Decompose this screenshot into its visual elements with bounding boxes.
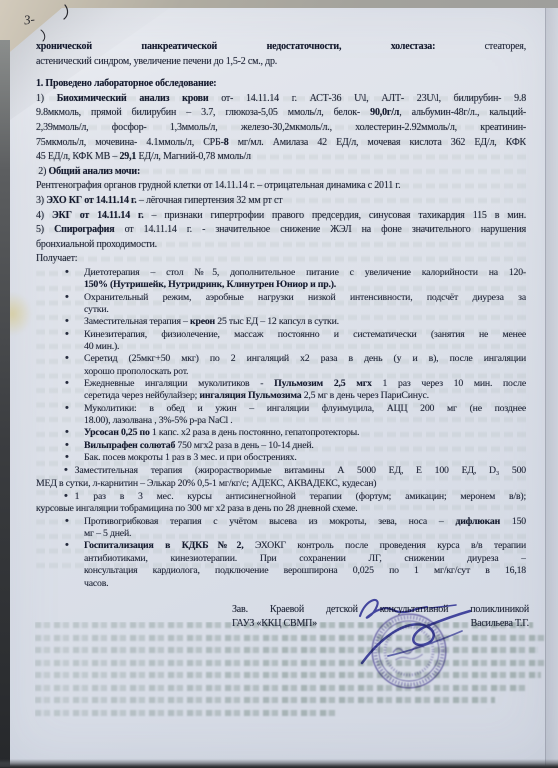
- document-body: хронической панкреатической недостаточно…: [36, 40, 526, 630]
- text-line: консультация кардиолога, подключение вер…: [84, 565, 526, 577]
- scanned-page: хронической панкреатической недостаточно…: [0, 0, 558, 768]
- text-line: Противогрибковая терапия с учётом высева…: [84, 516, 526, 528]
- text-line: антибиотиками, кинезиотерапии. При сохра…: [84, 553, 526, 565]
- text-line: 5) Спирография от 14.11.14 г. - значител…: [36, 223, 526, 238]
- text-line: 150% (Нутришейк, Нутридринк, Клинутрен Ю…: [84, 279, 526, 291]
- list-item: Серетид (25мкг+50 мкг) по 2 ингаляций х2…: [36, 353, 526, 378]
- list-item: Диетотерапия – стол №5, дополнительное п…: [36, 267, 526, 292]
- recommendations-list: Диетотерапия – стол №5, дополнительное п…: [36, 267, 526, 590]
- list-item: Муколитики: в обед и ужин – ингаляции фл…: [36, 403, 526, 428]
- text-line: 4) ЭКГ от 14.11.14 г. – признаки гипертр…: [36, 209, 526, 224]
- text-line: хорошо прополоскать рот.: [84, 366, 526, 378]
- list-item: Заместительная терапия – креон 25 тыс ЕД…: [36, 316, 526, 328]
- spacer: [36, 69, 526, 77]
- text-line: Урсосан 0,25 по 1 капс. х2 раза в день п…: [84, 427, 526, 439]
- lab-section-heading: 1. Проведено лабораторное обследование:: [36, 77, 526, 92]
- text-line: Диетотерапия – стол №5, дополнительное п…: [84, 267, 526, 279]
- list-item: •1 раз в 3 мес. курсы антисинегнойной те…: [36, 490, 526, 516]
- list-item: Бак. посев мокроты 1 раз в 3 мес. и при …: [36, 452, 526, 464]
- list-item: Госпитализация в КДКБ№2, ЭХОКГ контроль …: [36, 540, 526, 589]
- text-line: 3) ЭХО КГ от 14.11.14 г. – лёгочная гипе…: [36, 194, 526, 209]
- text-line: Получает:: [36, 252, 526, 267]
- text-line: Ежедневные ингаляции муколитиков - Пульм…: [84, 378, 526, 390]
- svg-text:3-: 3-: [22, 11, 36, 28]
- scanner-edge-left: [0, 40, 10, 768]
- signature-ink: [330, 592, 540, 676]
- list-item: Противогрибковая терапия с учётом высева…: [36, 516, 526, 541]
- list-item: Охранительный режим, аэробные нагрузки н…: [36, 292, 526, 317]
- text-line: МЕД в сутки, л-карнитин – Элькар 20% 0,5…: [36, 478, 526, 490]
- signer-organization: ГАУЗ «ККЦ СВМП»: [232, 617, 317, 630]
- text-line: серетида через нейбулайзер; ингаляция Пу…: [84, 390, 526, 402]
- text-line: 75мкмоль/л, мочевина- 4.1ммоль/л, СРБ-8 …: [36, 136, 526, 151]
- text-line: Муколитики: в обед и ужин – ингаляции фл…: [84, 403, 526, 415]
- text-line: Серетид (25мкг+50 мкг) по 2 ингаляций х2…: [84, 353, 526, 365]
- text-line: мг – 5 дней.: [84, 528, 526, 540]
- text-line: 1. Проведено лабораторное обследование:: [36, 77, 526, 92]
- text-line: Госпитализация в КДКБ№2, ЭХОКГ контроль …: [84, 540, 526, 552]
- scanner-edge-bottom: [0, 759, 558, 768]
- text-line: 2,39ммоль/л, фосфор- 1,3ммоль/л, железо-…: [36, 121, 526, 136]
- text-line: Охранительный режим, аэробные нагрузки н…: [84, 292, 526, 304]
- text-line: часов.: [84, 578, 526, 590]
- text-line: курсовые ингаляции тобрамицина по 300 мг…: [36, 503, 526, 515]
- text-line: Бак. посев мокроты 1 раз в 3 мес. и при …: [84, 452, 526, 464]
- text-line: сутки.: [84, 304, 526, 316]
- text-line: Вильпрафен солютаб 750 мгх2 раза в день …: [84, 440, 526, 452]
- text-line: бронхиальной проходимости.: [36, 238, 526, 253]
- pen-mark-icon: 3-: [18, 0, 128, 46]
- list-item: Кинезитерапия, физиолечение, массаж пост…: [36, 329, 526, 354]
- text-line: Рентгенография органов грудной клетки от…: [36, 179, 526, 194]
- text-line: 1) Биохимический анализ крови от- 14.11.…: [36, 92, 526, 107]
- text-line: 45 ЕД/л, КФК МВ – 29,1 ЕД/л, Магний-0,78…: [36, 150, 526, 165]
- list-item: Урсосан 0,25 по 1 капс. х2 раза в день п…: [36, 427, 526, 439]
- bullet-icon: •: [64, 464, 75, 476]
- text-line: •Заместительная терапия (жирорастворимые…: [36, 464, 526, 477]
- list-item: Ежедневные ингаляции муколитиков - Пульм…: [36, 378, 526, 403]
- text-line: 18.00), лазолвана , 3%-5% р-ра NaCl .: [84, 415, 526, 427]
- bullet-icon: •: [64, 490, 75, 502]
- lab-results: 1) Биохимический анализ крови от- 14.11.…: [36, 92, 526, 267]
- text-line: 9.8мкмоль, прямой билирубин – 3.7, глюко…: [36, 106, 526, 121]
- right-fold-line: [545, 8, 558, 768]
- text-line: Кинезитерапия, физиолечение, массаж пост…: [84, 329, 526, 341]
- text-line: •1 раз в 3 мес. курсы антисинегнойной те…: [36, 490, 526, 503]
- list-item: •Заместительная терапия (жирорастворимые…: [36, 464, 526, 490]
- text-line: 40 мин.).: [84, 341, 526, 353]
- text-line: 2) Общий анализ мочи:: [36, 165, 526, 180]
- text-line: Заместительная терапия – креон 25 тыс ЕД…: [84, 316, 526, 328]
- text-line: астенический синдром, увеличение печени …: [36, 55, 526, 70]
- list-item: Вильпрафен солютаб 750 мгх2 раза в день …: [36, 440, 526, 452]
